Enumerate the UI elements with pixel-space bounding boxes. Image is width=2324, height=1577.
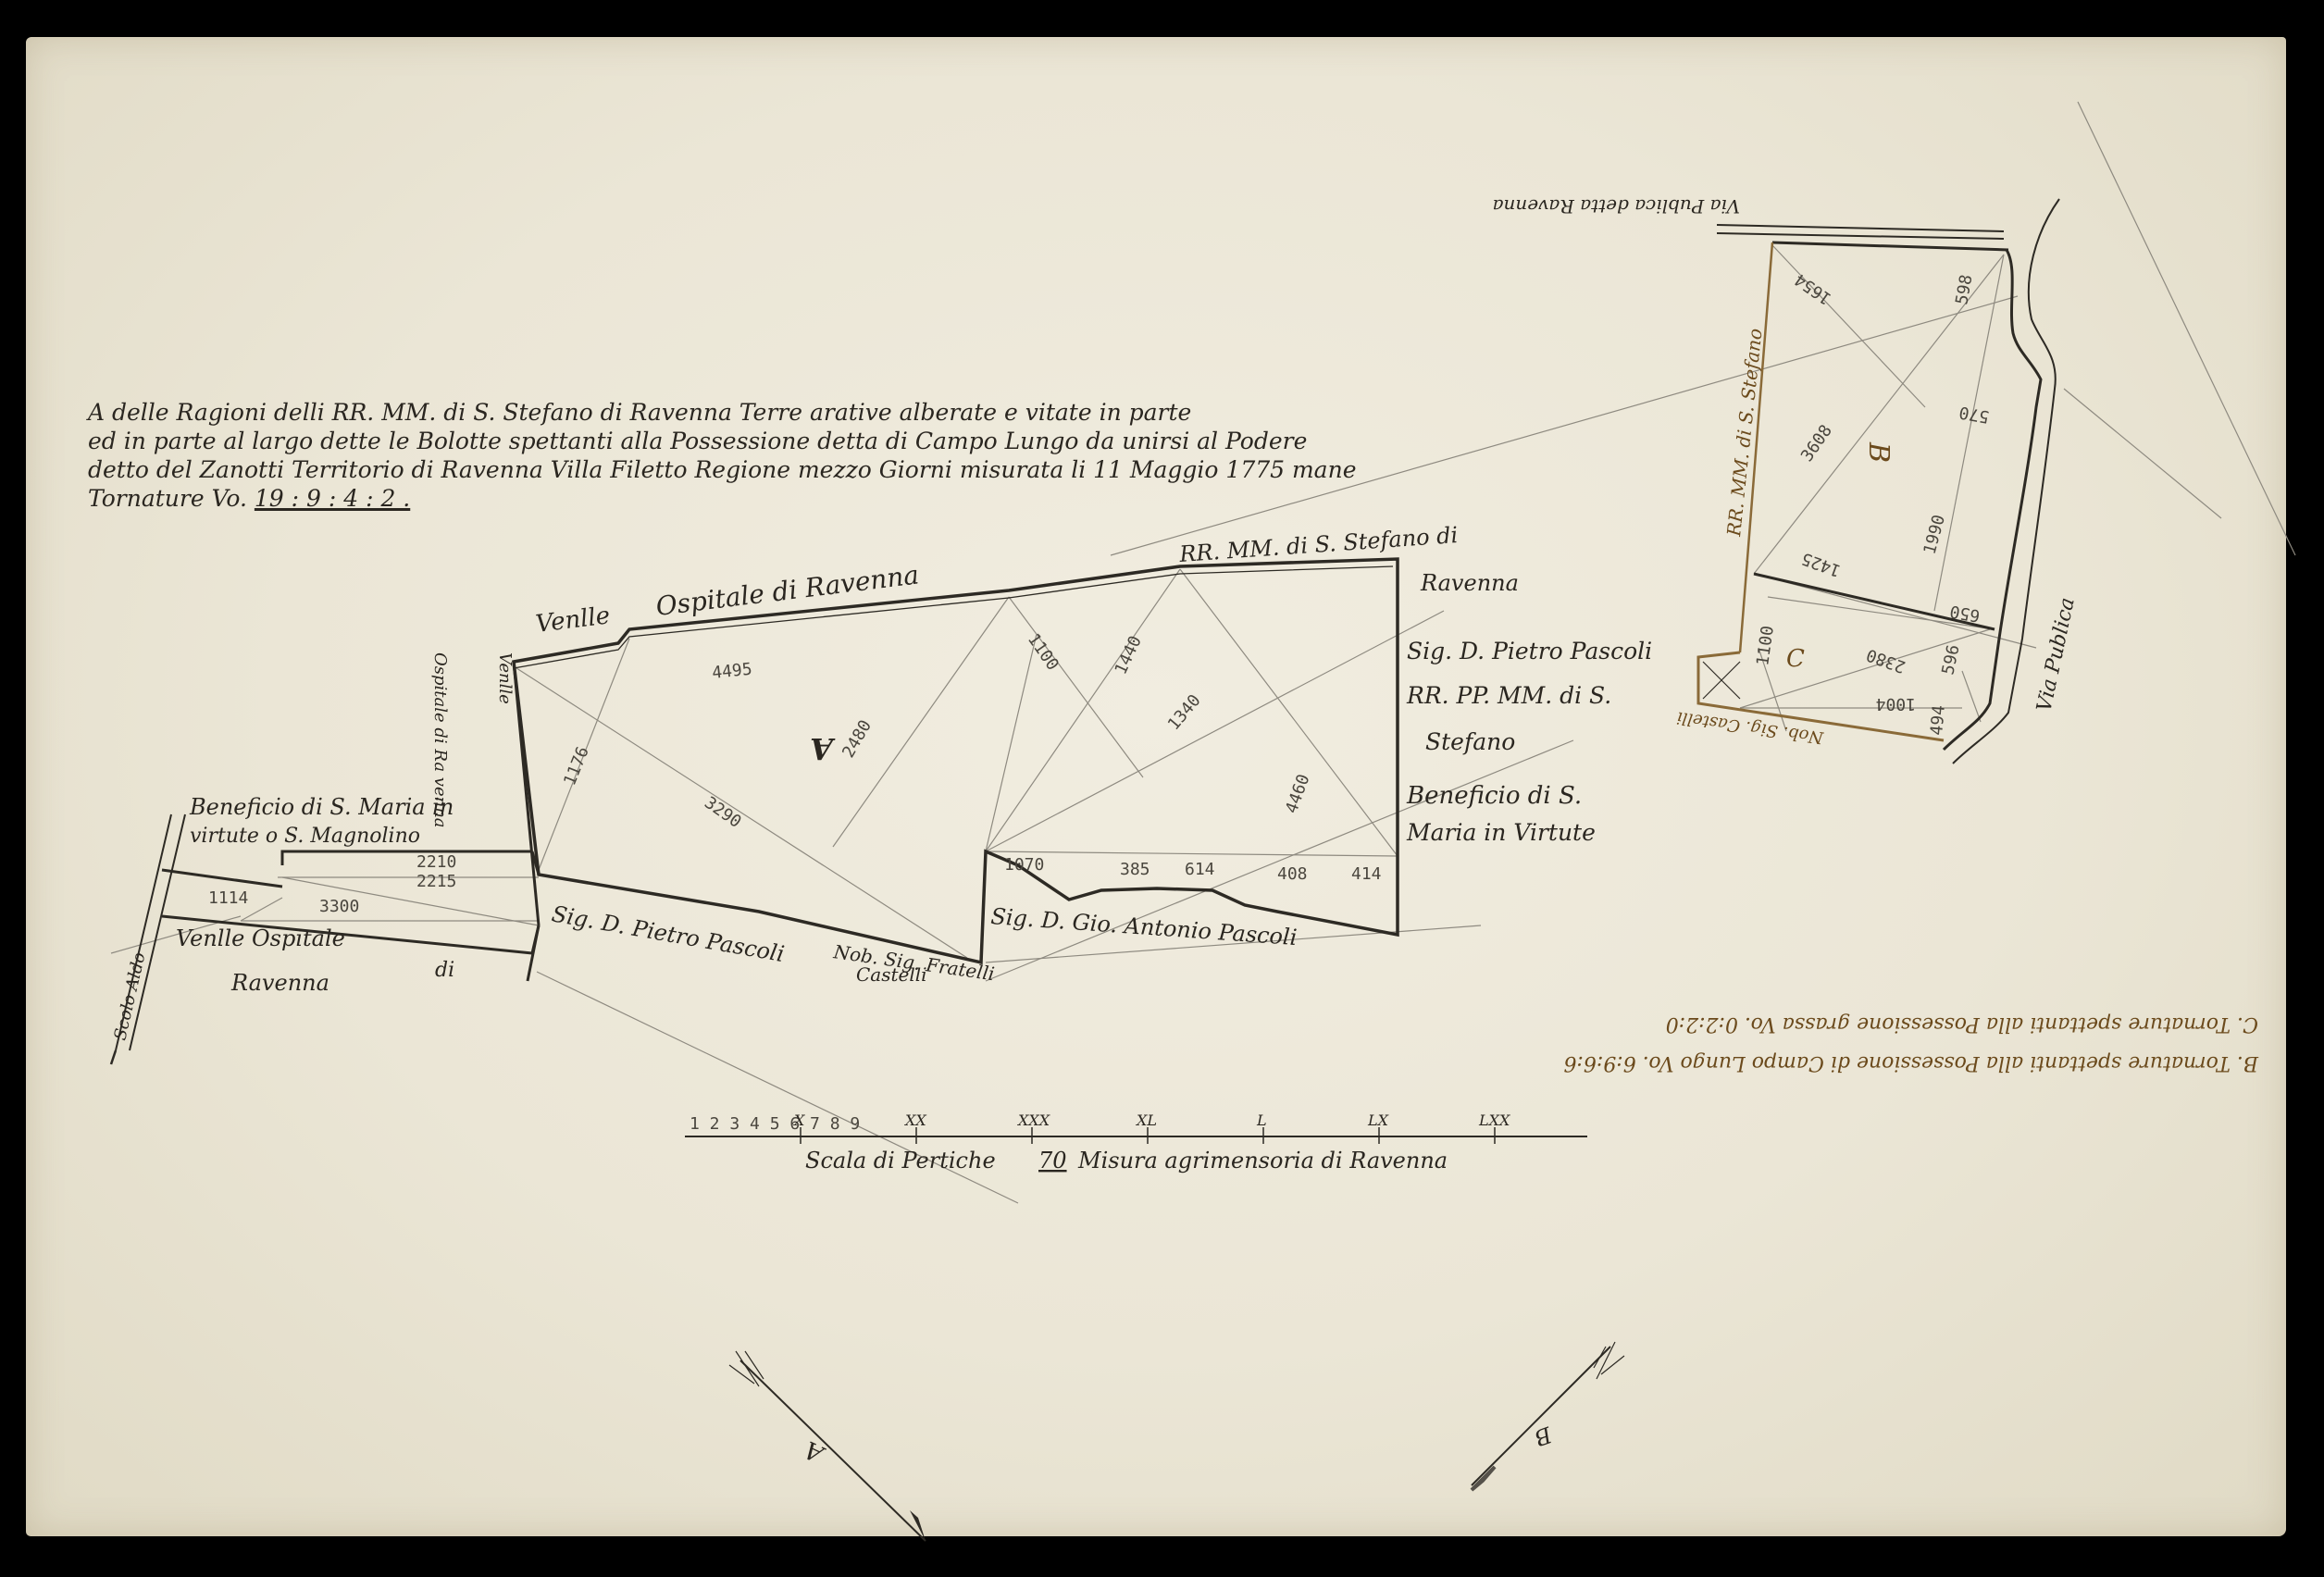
arrow-b-label: B xyxy=(1531,1421,1556,1451)
parcel-a: A Venlle Ospitale di Ravenna RR. MM. di … xyxy=(0,0,1652,1203)
measure: 494 xyxy=(1927,704,1949,736)
measure: 4460 xyxy=(1282,772,1314,816)
measure: 1425 xyxy=(1799,548,1844,580)
label-venlle-vertical: Venlle xyxy=(495,652,515,704)
east-road-inner xyxy=(1944,250,2041,750)
arrow-b-head xyxy=(1472,1467,1495,1490)
measure: 598 xyxy=(1952,273,1976,306)
scale-caption-prefix: Scala di Pertiche xyxy=(805,1148,996,1173)
label-stefano-east: Stefano xyxy=(1425,728,1515,755)
label-north-road: Via Publica detta Ravenna xyxy=(1493,195,1740,217)
measure: 3608 xyxy=(1797,421,1836,466)
measure: 1176 xyxy=(560,744,593,788)
parcel-a-boundary xyxy=(514,559,1398,962)
label-pietro-pascoli-east: Sig. D. Pietro Pascoli xyxy=(1407,638,1652,664)
label-maria-virtute: Maria in Virtute xyxy=(1406,819,1596,846)
north-road xyxy=(1717,225,2008,250)
measure: 1100 xyxy=(1024,630,1063,675)
scale-caption-suffix: Misura agrimensoria di Ravenna xyxy=(1077,1148,1448,1173)
scale-small-ticks: 1 2 3 4 5 6 7 8 9 xyxy=(690,1114,860,1134)
label-gio-antonio-pascoli: Sig. D. Gio. Antonio Pascoli xyxy=(990,903,1299,950)
arrow-a: A xyxy=(729,1351,926,1541)
parcel-b-letter: B xyxy=(1862,441,1895,463)
measure: 1070 xyxy=(1004,855,1044,875)
label-beneficio-east: Beneficio di S. xyxy=(1406,782,1582,810)
label-di-west: di xyxy=(435,959,454,982)
label-east-road: Via Publica xyxy=(2032,596,2079,714)
measure: 1340 xyxy=(1164,691,1205,735)
label-ravenna-west: Ravenna xyxy=(230,970,329,996)
measure: 408 xyxy=(1277,864,1308,884)
scale-caption-value: 70 xyxy=(1038,1148,1067,1173)
measure: 3290 xyxy=(701,793,745,832)
parcel-c-letter: C xyxy=(1786,645,1805,673)
arrow-b: B xyxy=(1472,1342,1624,1490)
arrow-a-head xyxy=(910,1510,926,1541)
label-rr-pp-mm: RR. PP. MM. di S. xyxy=(1406,682,1611,709)
parcel-b: B C Via Publica detta Ravenna Via Public… xyxy=(1111,102,2295,764)
measure: 414 xyxy=(1351,864,1382,884)
measure: 596 xyxy=(1938,643,1963,677)
label-ravenna-ne: Ravenna xyxy=(1420,570,1519,596)
label-magnolino: virtute o S. Magnolino xyxy=(190,825,420,848)
scale-tick-xxx: XXX xyxy=(1016,1111,1050,1129)
survey-map: A Venlle Ospitale di Ravenna RR. MM. di … xyxy=(0,0,2324,1577)
inverted-note-line-2: C. Tornature spettanti alla Possessione … xyxy=(1666,1012,2258,1036)
label-venlle-north: Venlle xyxy=(534,602,612,639)
parcel-a-letter: A xyxy=(810,731,836,766)
label-beneficio-west: Beneficio di S. Maria in xyxy=(189,794,454,820)
measure: 650 xyxy=(1948,601,1982,625)
measure: 1654 xyxy=(1791,269,1835,308)
scale-tick-xl: XL xyxy=(1135,1111,1157,1129)
measure: 2380 xyxy=(1864,644,1908,677)
label-scolo-aldo: Scolo Aldo xyxy=(110,950,149,1042)
measure: 1990 xyxy=(1920,513,1950,556)
inverted-note-line-1: B. Tornature spettanti alla Possessione … xyxy=(1564,1051,2259,1074)
measure: 1114 xyxy=(208,888,248,908)
label-castelli: Castelli xyxy=(856,963,927,986)
label-south-owner: Nob. Sig. Castelli xyxy=(1675,707,1825,747)
scale-tick-x: X xyxy=(792,1111,805,1129)
measure: 2210 xyxy=(416,852,456,872)
measure: 1440 xyxy=(1111,633,1145,677)
label-west-owner: RR. MM. di S. Stefano xyxy=(1722,328,1767,539)
measure: 614 xyxy=(1185,860,1215,879)
measure: 570 xyxy=(1957,402,1991,426)
scale-tick-l: L xyxy=(1256,1111,1267,1129)
scale-tick-xx: XX xyxy=(903,1111,926,1129)
scale-bar: 1 2 3 4 5 6 7 8 9 X XX XXX XL L LX LXX S… xyxy=(685,1111,1587,1173)
measure: 385 xyxy=(1120,860,1150,879)
measure: 1004 xyxy=(1876,694,1916,714)
measure: 4495 xyxy=(711,660,752,683)
measure: 2480 xyxy=(839,716,876,761)
scale-tick-lx: LX xyxy=(1367,1111,1389,1129)
arrow-a-label: A xyxy=(801,1434,830,1468)
measure: 2215 xyxy=(416,872,456,891)
measure: 1100 xyxy=(1753,625,1778,667)
label-venlle-ospitale-west: Venlle Ospitale xyxy=(176,925,345,951)
inverted-note: B. Tornature spettanti alla Possessione … xyxy=(1564,1012,2259,1074)
scale-tick-lxx: LXX xyxy=(1478,1111,1510,1129)
arrow-a-fletching xyxy=(729,1351,764,1386)
label-ospitale-vertical: Ospitale di Ra venna xyxy=(430,652,450,828)
measure: 3300 xyxy=(319,897,359,916)
